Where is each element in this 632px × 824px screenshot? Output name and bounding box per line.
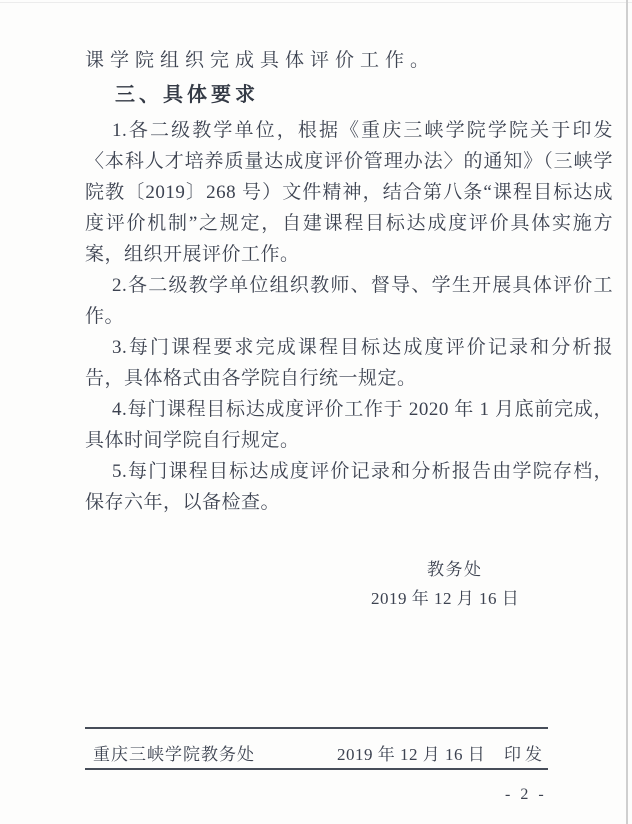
page-number: - 2 - (505, 786, 547, 804)
imprint-box: 重庆三峡学院教务处 2019 年 12 月 16 日 印发 (85, 727, 548, 770)
body-text: 1.各二级教学单位，根据《重庆三峡学院学院关于印发〈本科人才培养质量达成度评价管… (85, 115, 613, 518)
imprint-issuer: 重庆三峡学院教务处 (93, 740, 255, 765)
paragraph-5: 5.每门课程目标达成度评价记录和分析报告由学院存档，保存六年，以备检查。 (85, 456, 613, 518)
paragraph-2: 2.各二级教学单位组织教师、督导、学生开展具体评价工作。 (85, 270, 613, 332)
document-page: 课学院组织完成具体评价工作。 三、具体要求 1.各二级教学单位，根据《重庆三峡学… (0, 0, 632, 824)
imprint-action-label: 印发 (504, 740, 546, 765)
section-heading: 三、具体要求 (115, 82, 259, 106)
scan-edge-top (0, 2, 632, 3)
continuation-line: 课学院组织完成具体评价工作。 (85, 48, 615, 74)
paragraph-3: 3.每门课程要求完成课程目标达成度评价记录和分析报告，具体格式由各学院自行统一规… (85, 332, 613, 394)
imprint-date: 2019 年 12 月 16 日 (337, 740, 485, 765)
paragraph-4: 4.每门课程目标达成度评价工作于 2020 年 1 月底前完成，具体时间学院自行… (85, 394, 613, 456)
paragraph-1: 1.各二级教学单位，根据《重庆三峡学院学院关于印发〈本科人才培养质量达成度评价管… (85, 115, 613, 270)
scan-edge-right (626, 0, 628, 824)
signature-date: 2019 年 12 月 16 日 (371, 589, 519, 609)
signature-department: 教务处 (427, 560, 483, 580)
